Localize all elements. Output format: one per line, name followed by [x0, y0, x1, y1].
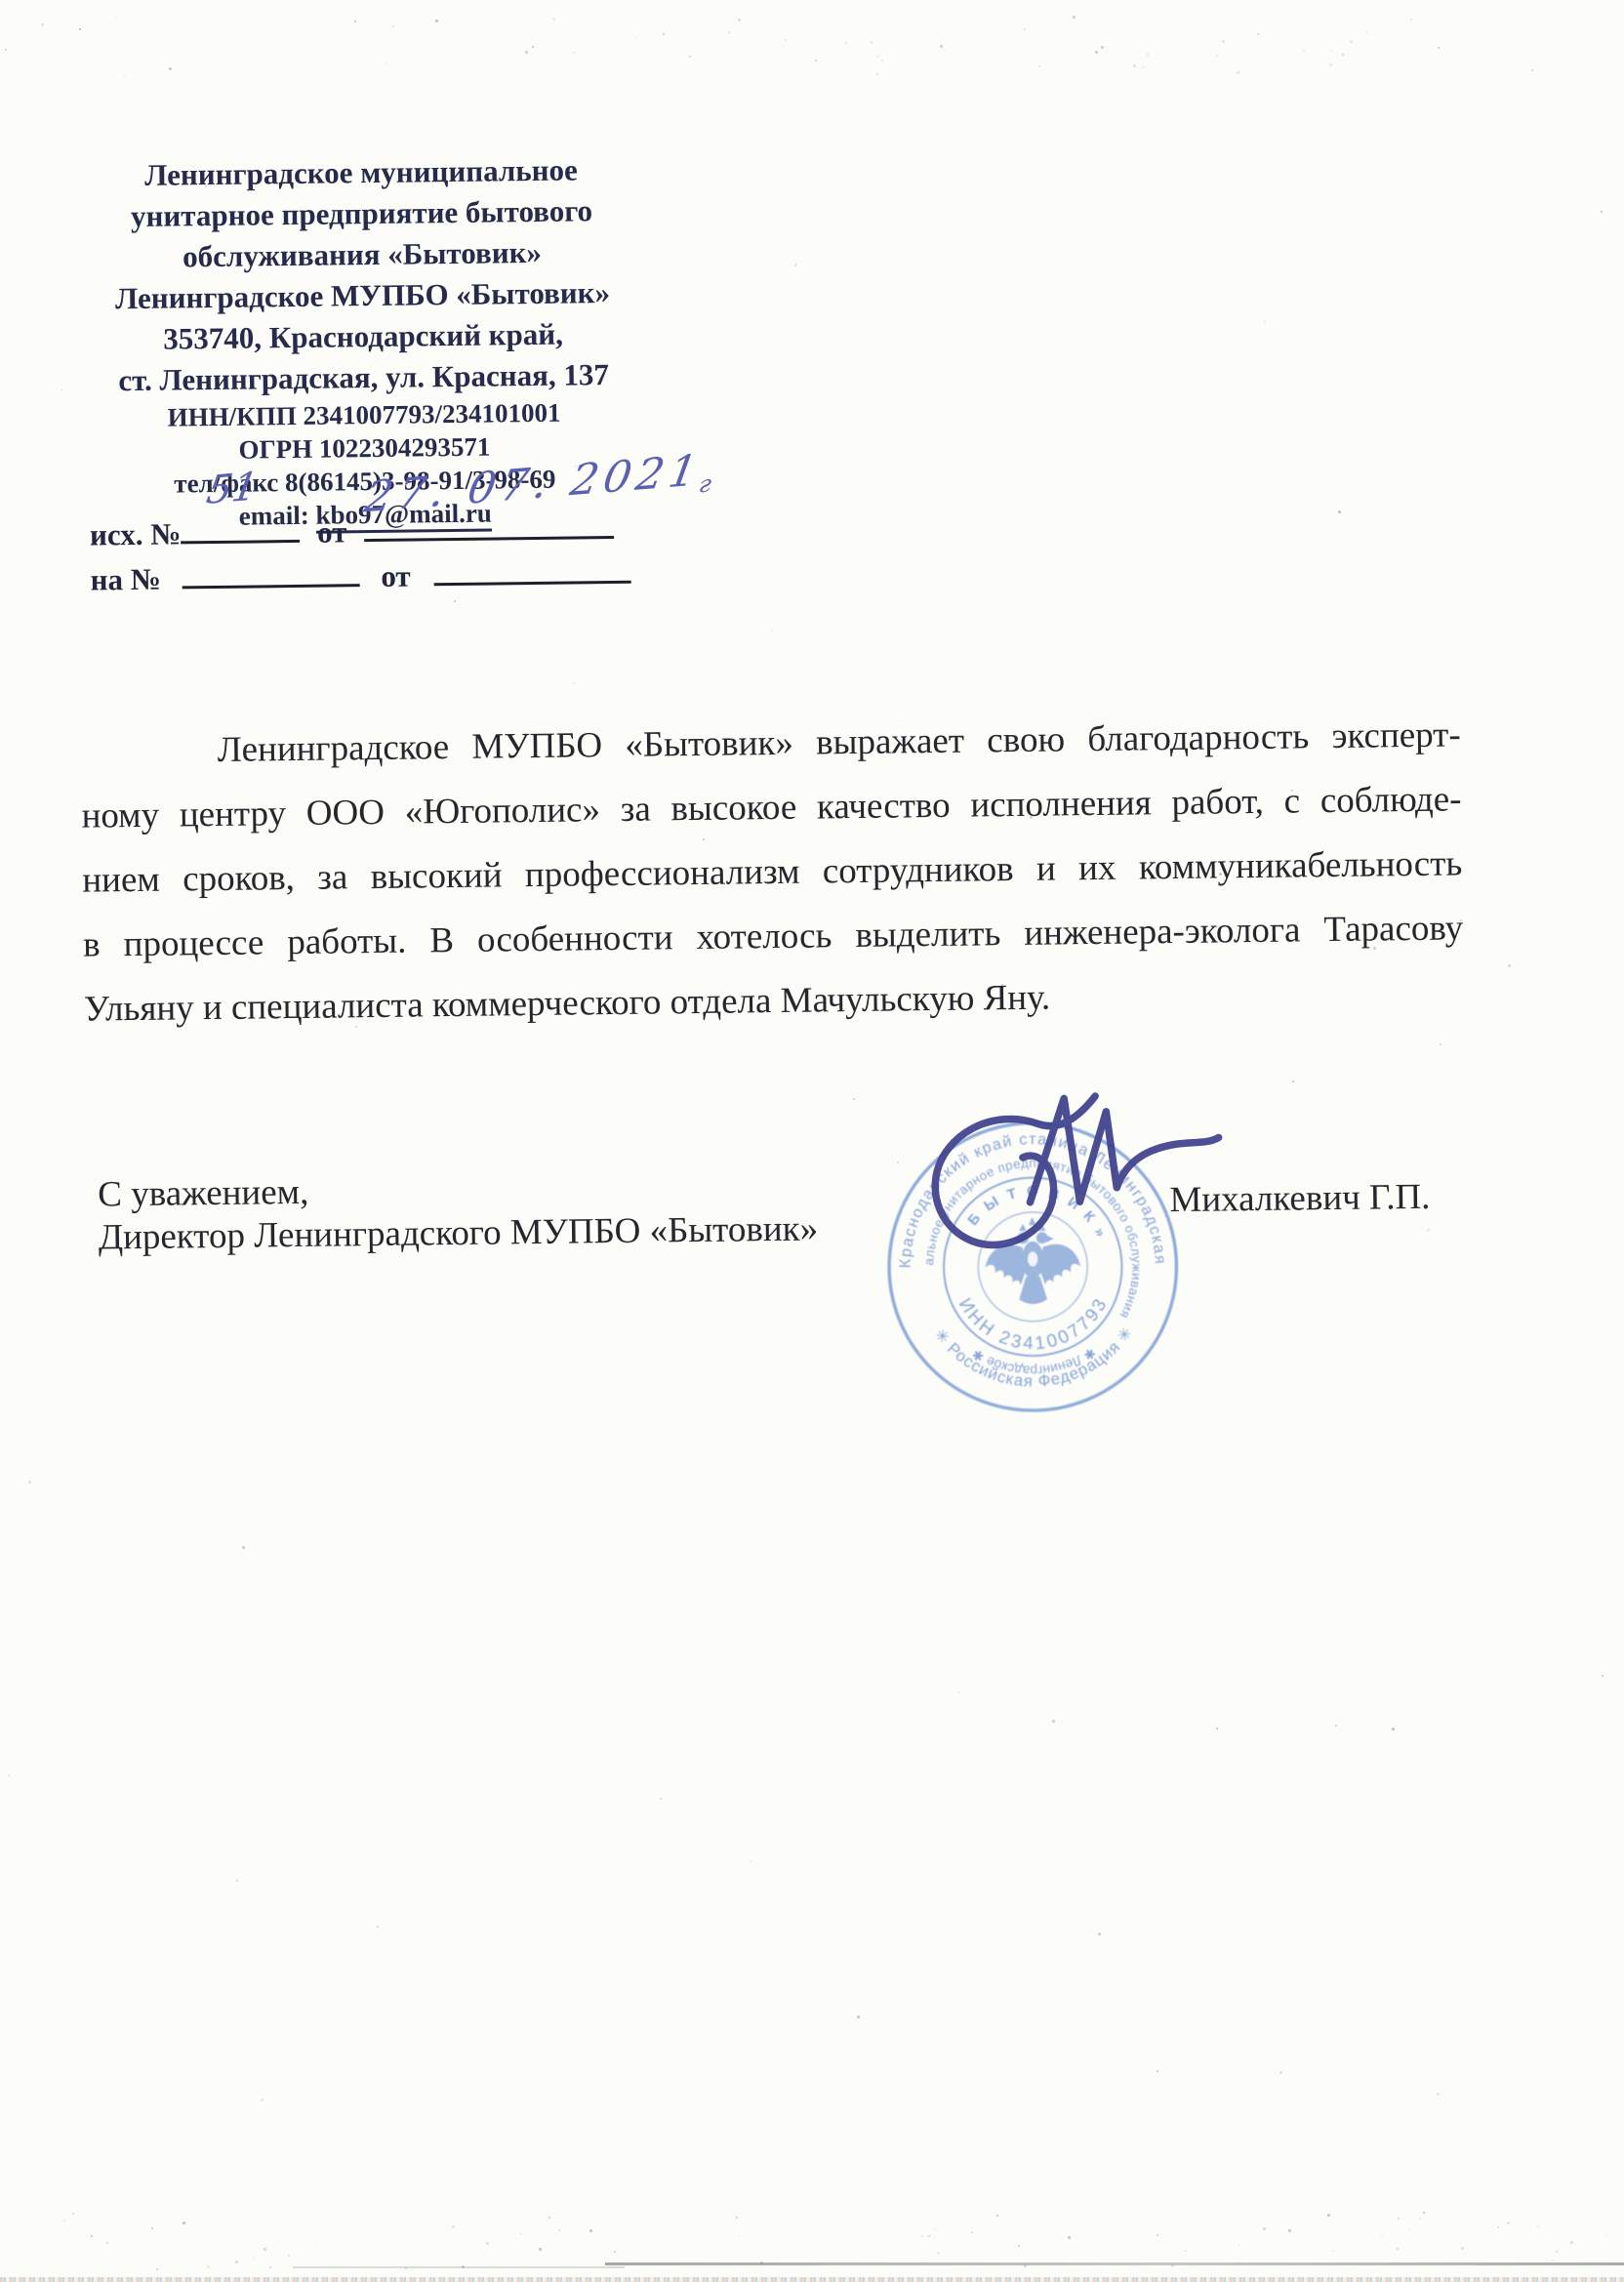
outgoing-ref-line: исх. №51 от 27. 07. 2021г [90, 507, 615, 553]
outgoing-number-label: исх. № [90, 516, 182, 551]
outgoing-from-label: от [317, 514, 347, 549]
letterhead-line: ст. Ленинградская, ул. Красная, 137 [83, 354, 644, 402]
incoming-ref-line: на № от [90, 551, 630, 598]
incoming-date-blank [433, 551, 630, 586]
outgoing-date-blank: 27. 07. 2021г [364, 507, 614, 542]
scanner-streak-line [605, 2262, 1624, 2265]
incoming-number-label: на № [90, 562, 161, 597]
closing-salutation: С уважением, [98, 1171, 309, 1216]
letter-body: Ленинградское МУПБО «Бытовик» выражает с… [80, 703, 1464, 1041]
incoming-from-label: от [381, 559, 411, 593]
letter-content: Ленинградское муниципальное унитарное пр… [0, 0, 1624, 2282]
letterhead-line: Ленинградское муниципальное [80, 149, 641, 197]
incoming-number-blank [182, 554, 359, 589]
letterhead-line: Ленинградское МУПБО «Бытовик» [82, 272, 643, 320]
handwritten-outgoing-number: 51 [204, 465, 262, 513]
scanner-streak-line-faint [293, 2266, 625, 2268]
signature-ink-icon [882, 1051, 1246, 1290]
director-signature [882, 1051, 1246, 1290]
scanned-letter-page: Ленинградское муниципальное унитарное пр… [0, 0, 1624, 2282]
letterhead-line: обслуживания «Бытовик» [81, 231, 642, 279]
letterhead-line: 353740, Краснодарский край, [82, 313, 643, 361]
outgoing-number-blank: 51 [181, 510, 300, 544]
letterhead-inn-kpp: ИНН/КПП 2341007793/234101001 [83, 395, 644, 435]
scanner-edge-noise-band [0, 2277, 1624, 2282]
letterhead-line: унитарное предприятие бытового [81, 190, 642, 238]
signer-title: Директор Ленинградского МУПБО «Бытовик» [99, 1208, 819, 1259]
